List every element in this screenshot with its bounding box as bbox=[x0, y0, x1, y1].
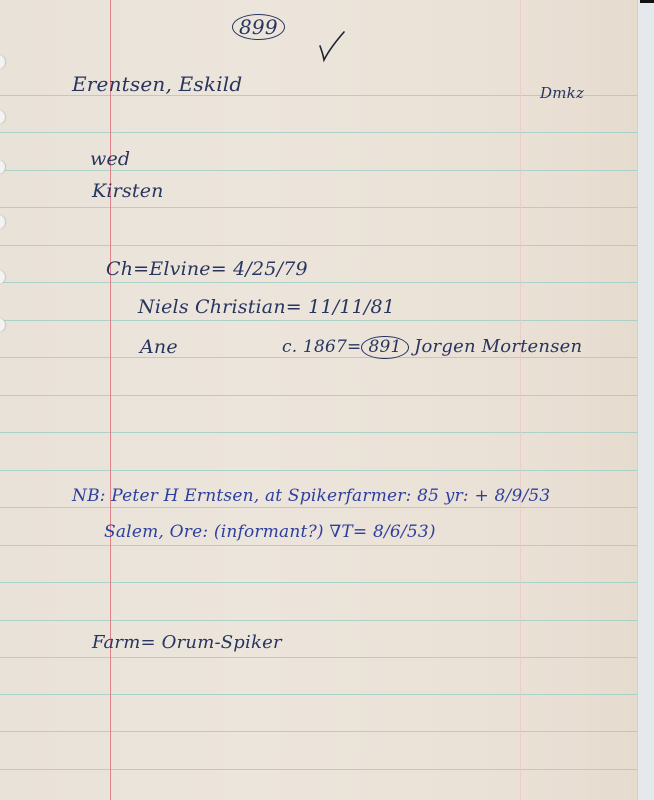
checkmark-icon bbox=[318, 30, 346, 64]
rule-line bbox=[0, 395, 637, 396]
punch-hole bbox=[0, 215, 5, 229]
rule-line bbox=[0, 432, 637, 433]
child-entry: Ane bbox=[140, 336, 178, 358]
child-entry: Ch=Elvine= 4/25/79 bbox=[106, 258, 308, 280]
record-number: 899 bbox=[232, 14, 285, 40]
punch-hole bbox=[0, 160, 5, 174]
rule-line bbox=[0, 620, 637, 621]
right-margin-line bbox=[520, 0, 521, 800]
rule-line bbox=[0, 320, 637, 321]
spouse-name: Kirsten bbox=[92, 180, 164, 202]
rule-line bbox=[0, 657, 637, 658]
nb-note-line2: Salem, Ore: (informant?) ∇T= 8/6/53) bbox=[104, 522, 436, 542]
rule-line bbox=[0, 731, 637, 732]
person-name: Erentsen, Eskild bbox=[72, 72, 242, 96]
rule-line bbox=[0, 507, 637, 508]
rule-line bbox=[0, 245, 637, 246]
left-margin-line bbox=[110, 0, 111, 800]
rule-line bbox=[0, 282, 637, 283]
rule-line bbox=[0, 470, 637, 471]
rule-line bbox=[0, 582, 637, 583]
rule-line bbox=[0, 207, 637, 208]
ref-number-circled: 891 bbox=[361, 336, 408, 359]
child-ane-note: c. 1867=891 Jorgen Mortensen bbox=[282, 336, 582, 359]
farm-name: Farm= Orum-Spiker bbox=[92, 632, 282, 653]
rule-line bbox=[0, 170, 637, 171]
rule-line bbox=[0, 769, 637, 770]
punch-hole bbox=[0, 110, 5, 124]
rule-line bbox=[0, 694, 637, 695]
notebook-page: 899 Erentsen, Eskild Dmkz wed Kirsten Ch… bbox=[0, 0, 637, 800]
ref-name: Jorgen Mortensen bbox=[414, 336, 582, 357]
punch-hole bbox=[0, 55, 5, 69]
spouse-label: wed bbox=[90, 148, 130, 170]
nb-note-line1: NB: Peter H Erntsen, at Spikerfarmer: 85… bbox=[72, 486, 550, 506]
rule-line bbox=[0, 545, 637, 546]
rule-line bbox=[0, 132, 637, 133]
country-abbrev: Dmkz bbox=[540, 84, 584, 102]
child-entry: Niels Christian= 11/11/81 bbox=[138, 296, 395, 318]
scan-edge-strip bbox=[640, 0, 654, 3]
